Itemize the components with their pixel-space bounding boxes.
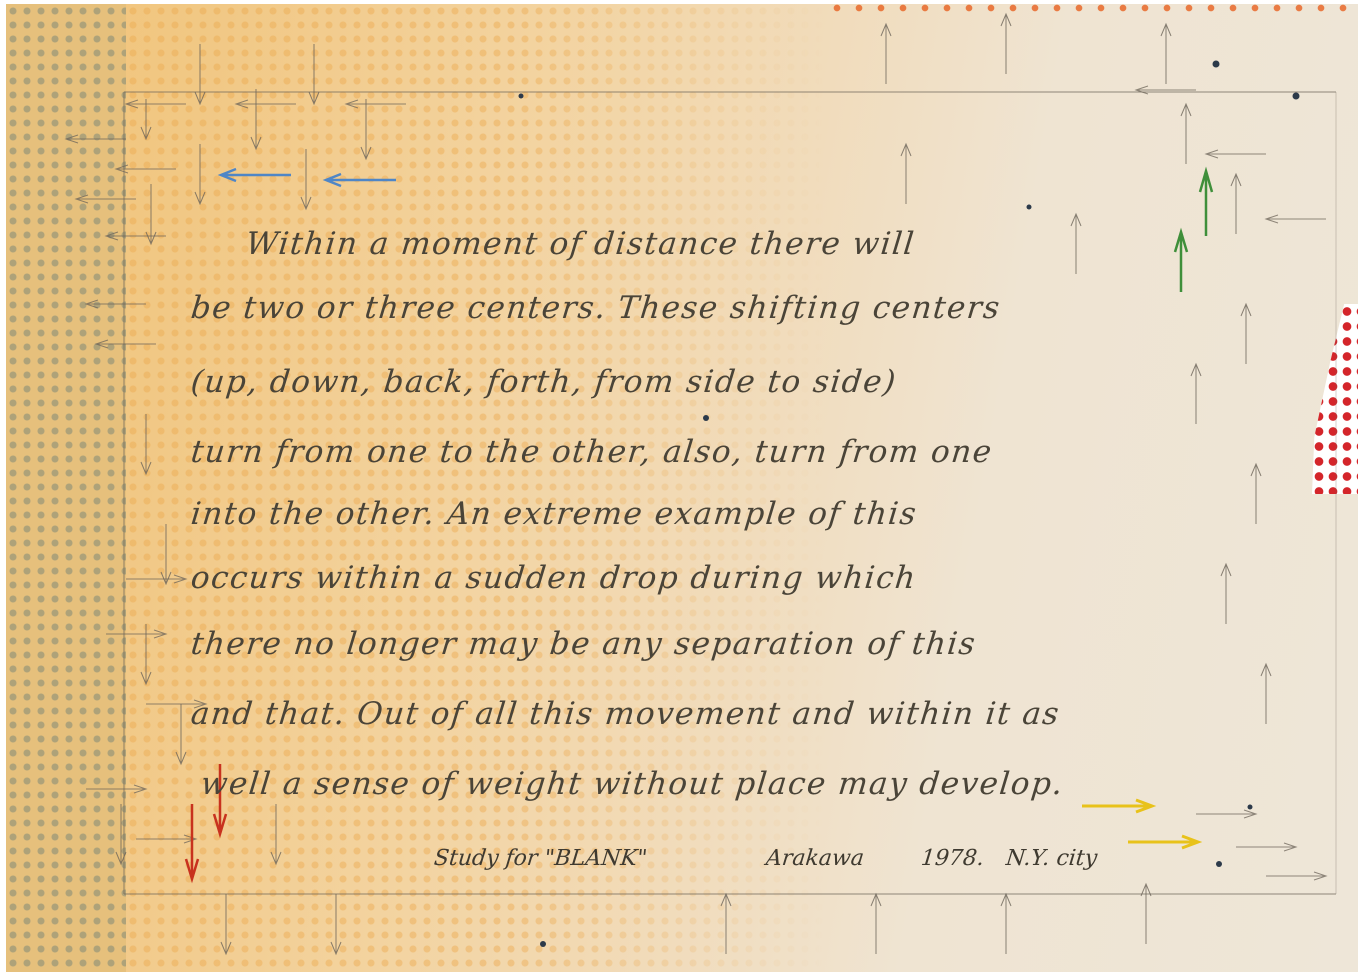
caption-signature: Arakawa: [765, 846, 866, 871]
text-line: well a sense of weight without place may…: [199, 766, 1066, 802]
yellow-arrows: [1082, 800, 1198, 848]
text-line: turn from one to the other, also, turn f…: [189, 434, 994, 470]
caption-place: N.Y. city: [1005, 846, 1099, 871]
text-line: be two or three centers. These shifting …: [189, 290, 1002, 326]
blue-arrows: [221, 169, 396, 186]
caption-title: Study for "BLANK": [433, 846, 649, 871]
text-line: occurs within a sudden drop during which: [189, 560, 918, 596]
text-line: into the other. An extreme example of th…: [189, 496, 919, 532]
text-line: Within a moment of distance there will: [244, 226, 917, 262]
text-line: there no longer may be any separation of…: [189, 626, 978, 662]
text-line: and that. Out of all this movement and w…: [189, 696, 1062, 732]
green-arrows: [1175, 171, 1212, 292]
text-line: (up, down, back, forth, from side to sid…: [189, 364, 899, 400]
artwork-sheet: Within a moment of distance there will b…: [6, 4, 1358, 972]
pencil-arrow-grid: [6, 4, 1358, 972]
caption-date: 1978.: [920, 846, 986, 871]
